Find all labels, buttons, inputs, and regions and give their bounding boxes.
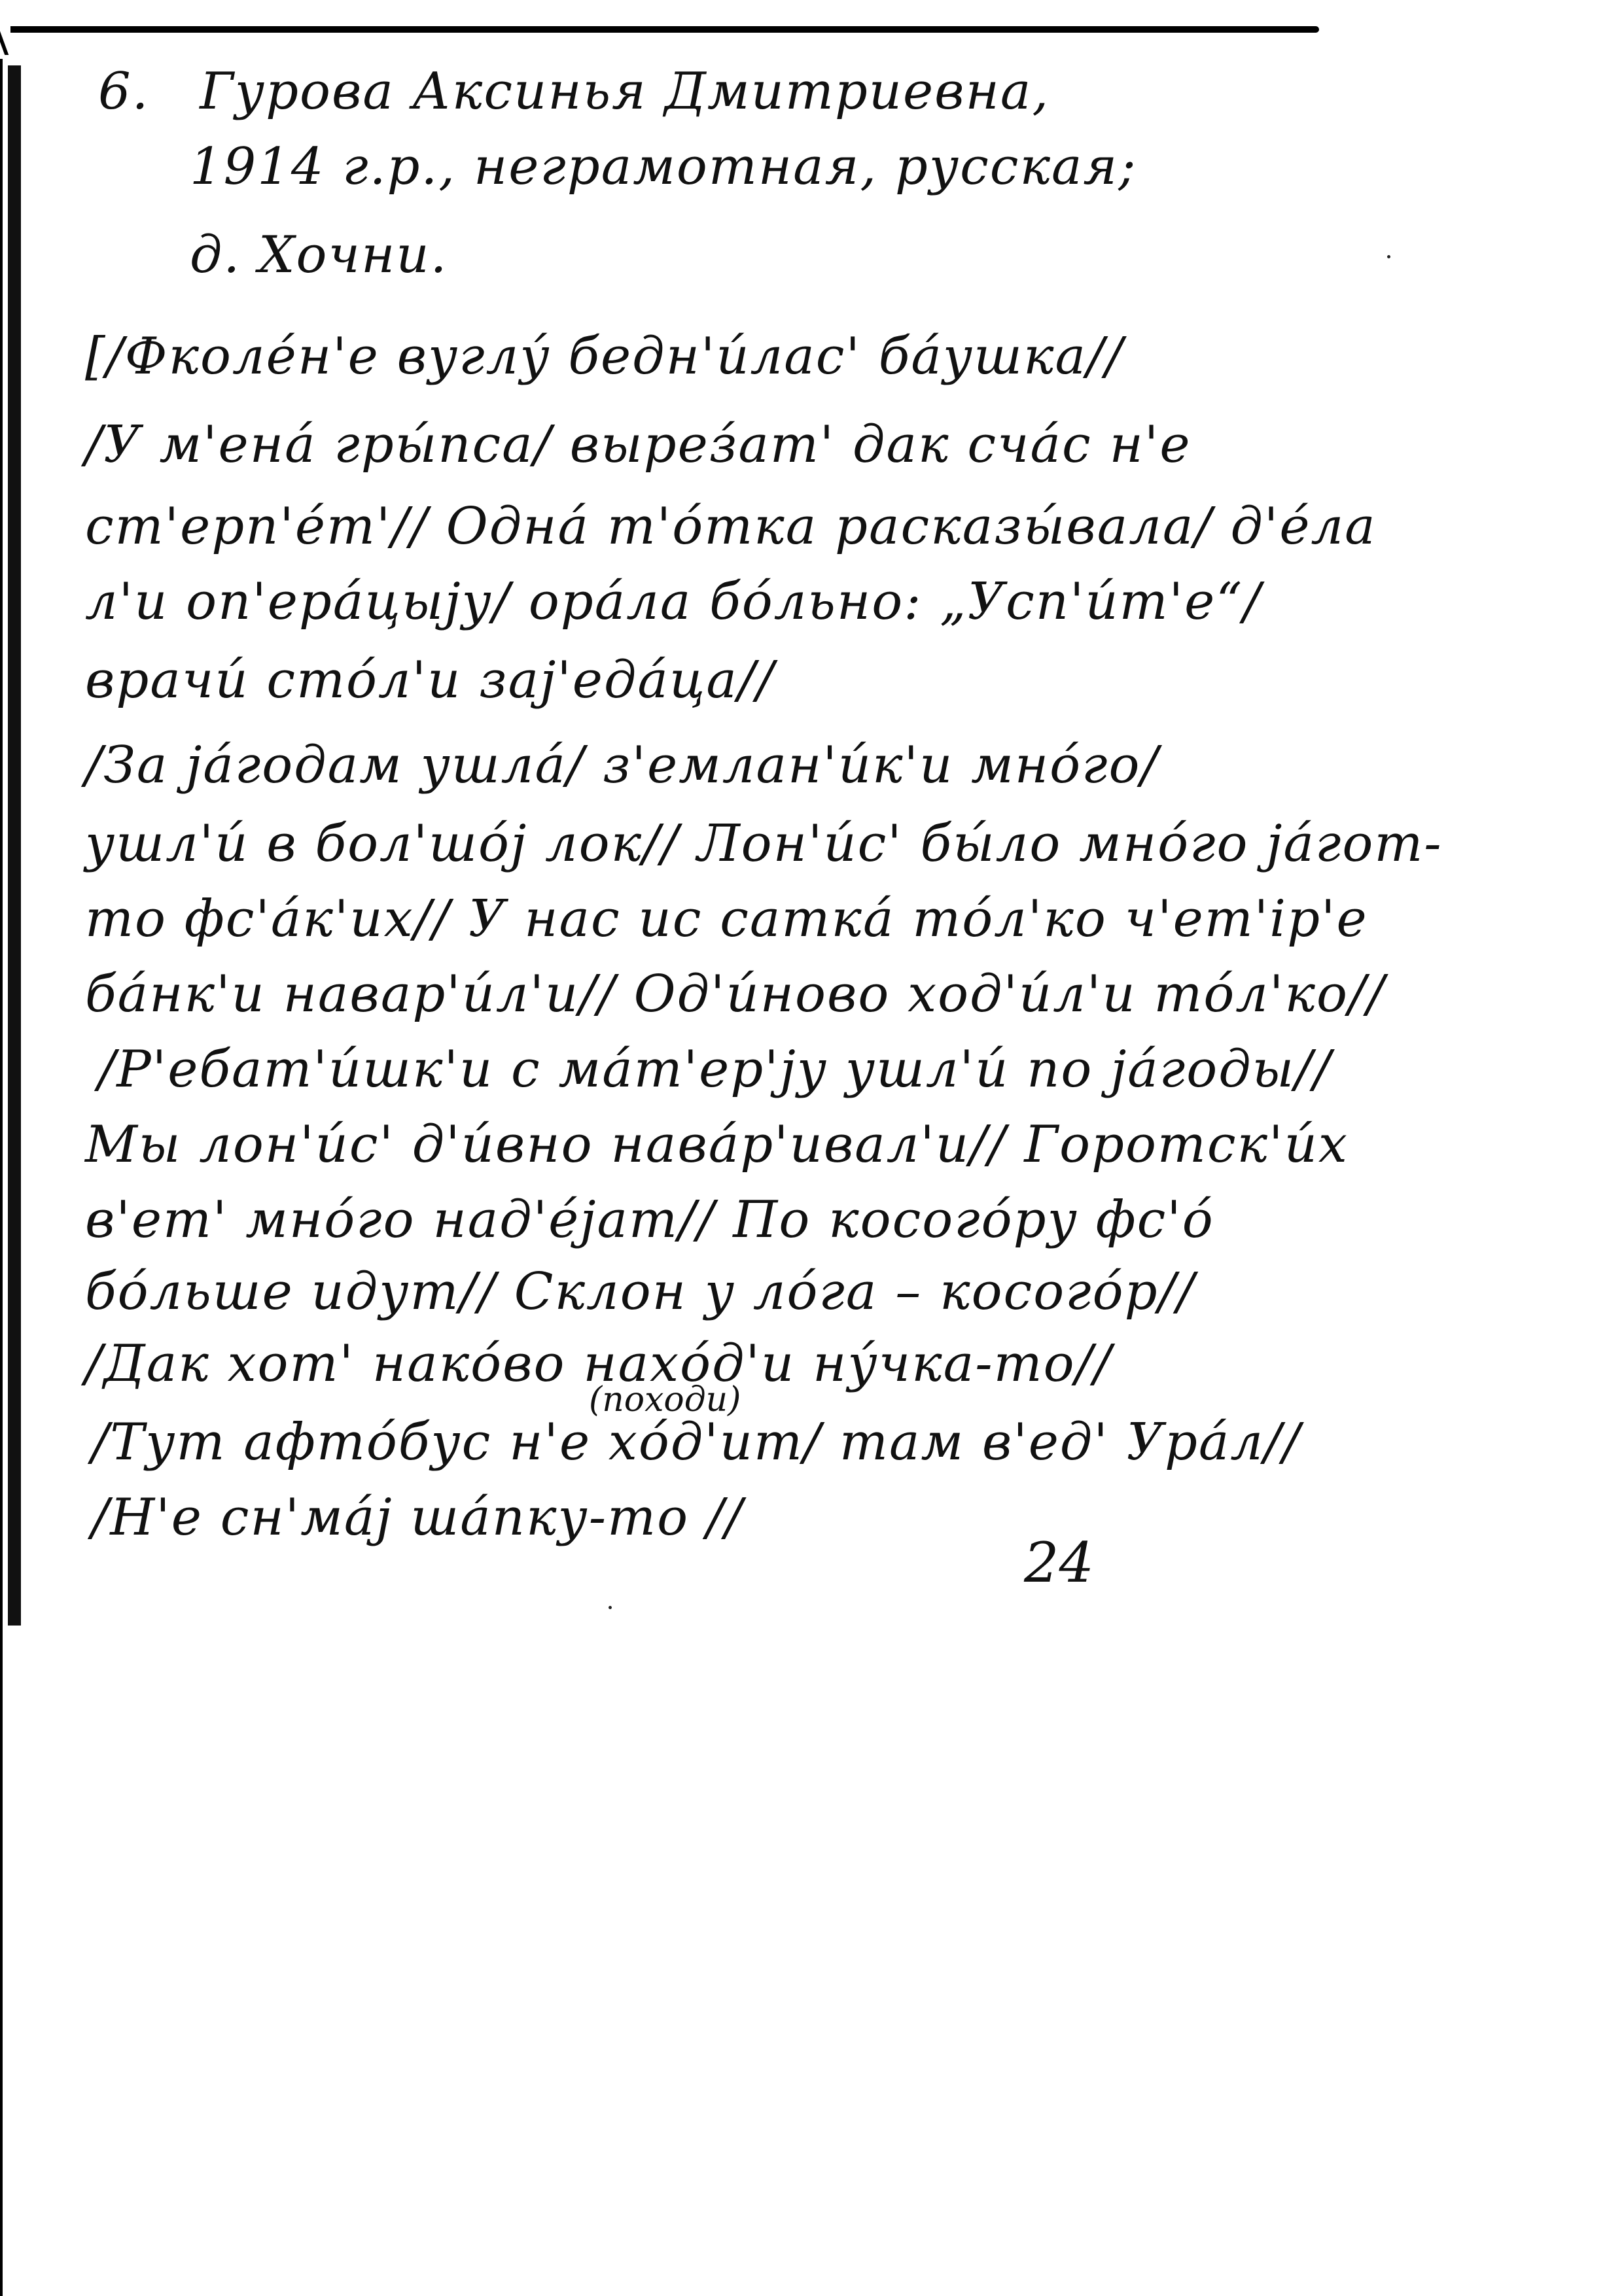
informant-details: 1914 г.р., неграмотная, русская; <box>190 137 1137 196</box>
left-binding-bar <box>8 65 21 1626</box>
transcript-line: /Р'ебат'и́шк'и с ма́т'ер'ју ушл'и́ по ја… <box>98 1040 1332 1099</box>
transcript-line: /У м'ена́ гры́пса/ вырез́ат' дак сча́с н… <box>85 415 1192 474</box>
scan-speck <box>609 1606 612 1609</box>
informant-village: д. Хочни. <box>190 226 448 285</box>
transcript-line: ба́нк'и навар'и́л'и// Од'и́ново ход'и́л'… <box>85 965 1386 1024</box>
scan-speck <box>1387 255 1390 258</box>
informant-line-1: 6. Гурова Аксинья Дмитриевна, <box>98 62 1050 121</box>
top-border-hook <box>0 29 20 55</box>
transcript-line: то фс'а́к'их// У нас ис сатка́ то́л'ко ч… <box>85 890 1368 948</box>
page-number: 24 <box>1024 1531 1094 1595</box>
top-border-rule <box>10 26 1319 33</box>
transcript-line: л'и оп'ера́цыју/ ора́ла бо́льно: „Усп'и́… <box>85 572 1262 631</box>
transcript-line: /За ја́годам ушла́/ з'емлан'и́к'и мно́го… <box>85 736 1159 795</box>
transcript-line: бо́льше идут// Склон у ло́га – косого́р/… <box>85 1262 1195 1321</box>
transcript-line: /Тут афто́бус н'е хо́д'ит/ там в'ед' Ура… <box>92 1413 1301 1472</box>
manuscript-page: 6. Гурова Аксинья Дмитриевна, 1914 г.р.,… <box>0 0 1607 2296</box>
transcript-line: в'ет' мно́го над'е́јат// По косого́ру фс… <box>85 1191 1214 1249</box>
transcript-line: [/Фколе́н'е вуглу́ бедн'и́лас' ба́ушка// <box>85 327 1124 386</box>
transcript-line: Мы лон'и́с' д'и́вно нава́р'ивал'и// Горо… <box>85 1115 1349 1174</box>
left-page-edge <box>0 59 3 2296</box>
transcript-line: /Н'е сн'ма́ј ша́пку-то // <box>92 1488 743 1547</box>
transcript-line: ушл'и́ в бол'шо́ј лок// Лон'и́с' бы́ло м… <box>85 814 1443 873</box>
transcript-line: врачи́ сто́л'и зај'еда́ца// <box>85 651 775 710</box>
informant-name: Гурова Аксинья Дмитриевна, <box>200 62 1050 121</box>
entry-number: 6. <box>98 62 149 121</box>
transcript-line: ст'ерп'е́т'// Одна́ т'о́тка расказы́вала… <box>85 497 1377 556</box>
